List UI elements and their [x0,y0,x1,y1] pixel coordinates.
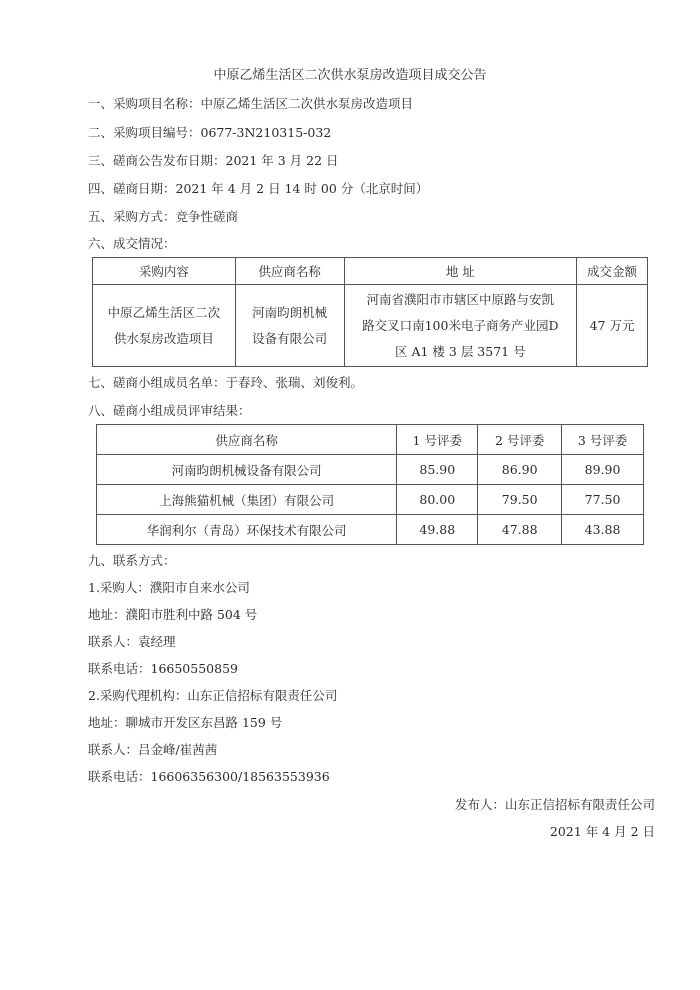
cell-line: 中原乙烯生活区二次 [93,300,235,326]
agency-phone: 联系电话：16606356300/18563553936 [88,769,330,785]
review-heading: 八、磋商小组成员评审结果： [88,403,251,419]
cell-score: 86.90 [478,455,562,485]
header-address: 地 址 [344,258,577,285]
panel-members: 七、磋商小组成员名单：于春玲、张瑞、刘俊利。 [88,375,363,391]
cell-score: 49.88 [397,515,478,545]
cell-content: 中原乙烯生活区二次 供水泵房改造项目 [93,285,236,367]
purchaser-address: 地址：濮阳市胜利中路 504 号 [88,607,257,623]
cell-supplier: 河南昀朗机械设备有限公司 [97,455,397,485]
agency: 2.采购代理机构：山东正信招标有限责任公司 [88,688,337,704]
cell-supplier: 河南昀朗机械 设备有限公司 [235,285,344,367]
purchaser-phone: 联系电话：16650550859 [88,661,238,677]
publish-date: 2021 年 4 月 2 日 [550,824,655,840]
table-row: 华润利尔（青岛）环保技术有限公司 49.88 47.88 43.88 [97,515,644,545]
table-row: 中原乙烯生活区二次 供水泵房改造项目 河南昀朗机械 设备有限公司 河南省濮阳市市… [93,285,648,367]
agency-contact: 联系人：吕金峰/崔茜茜 [88,742,217,758]
cell-score: 85.90 [397,455,478,485]
cell-score: 80.00 [397,485,478,515]
header-judge-1: 1 号评委 [397,425,478,455]
header-amount: 成交金额 [577,258,648,285]
item-notice-date: 三、磋商公告发布日期：2021 年 3 月 22 日 [88,153,339,169]
item-negotiation-date: 四、磋商日期：2021 年 4 月 2 日 14 时 00 分（北京时间） [88,181,428,197]
cell-supplier: 上海熊猫机械（集团）有限公司 [97,485,397,515]
cell-score: 89.90 [562,455,644,485]
cell-line: 供水泵房改造项目 [93,326,235,352]
cell-score: 43.88 [562,515,644,545]
cell-amount: 47 万元 [577,285,648,367]
cell-supplier: 华润利尔（青岛）环保技术有限公司 [97,515,397,545]
item-procurement-method: 五、采购方式：竞争性磋商 [88,209,238,225]
cell-line: 河南省濮阳市市辖区中原路与安凯 [345,287,577,313]
cell-line: 设备有限公司 [236,326,344,352]
cell-line: 河南昀朗机械 [236,300,344,326]
item-project-number: 二、采购项目编号：0677-3N210315-032 [88,125,331,141]
item-deal-heading: 六、成交情况： [88,236,176,252]
deal-table: 采购内容 供应商名称 地 址 成交金额 中原乙烯生活区二次 供水泵房改造项目 河… [92,257,648,367]
header-supplier: 供应商名称 [235,258,344,285]
review-table: 供应商名称 1 号评委 2 号评委 3 号评委 河南昀朗机械设备有限公司 85.… [96,424,644,545]
document-title: 中原乙烯生活区二次供水泵房改造项目成交公告 [0,67,700,85]
purchaser-contact: 联系人：袁经理 [88,634,176,650]
cell-line: 区 A1 楼 3 层 3571 号 [345,339,577,365]
cell-score: 77.50 [562,485,644,515]
deal-table-header: 采购内容 供应商名称 地 址 成交金额 [93,258,648,285]
agency-address: 地址：聊城市开发区东昌路 159 号 [88,715,282,731]
header-supplier: 供应商名称 [97,425,397,455]
publisher: 发布人：山东正信招标有限责任公司 [455,797,655,813]
cell-line: 路交叉口南100米电子商务产业园D [345,313,577,339]
header-judge-2: 2 号评委 [478,425,562,455]
cell-score: 47.88 [478,515,562,545]
purchaser: 1.采购人：濮阳市自来水公司 [88,580,250,596]
item-project-name: 一、采购项目名称：中原乙烯生活区二次供水泵房改造项目 [88,96,413,112]
header-judge-3: 3 号评委 [562,425,644,455]
header-content: 采购内容 [93,258,236,285]
table-row: 河南昀朗机械设备有限公司 85.90 86.90 89.90 [97,455,644,485]
table-row: 上海熊猫机械（集团）有限公司 80.00 79.50 77.50 [97,485,644,515]
contact-heading: 九、联系方式： [88,553,176,569]
cell-address: 河南省濮阳市市辖区中原路与安凯 路交叉口南100米电子商务产业园D 区 A1 楼… [344,285,577,367]
cell-score: 79.50 [478,485,562,515]
review-table-header: 供应商名称 1 号评委 2 号评委 3 号评委 [97,425,644,455]
